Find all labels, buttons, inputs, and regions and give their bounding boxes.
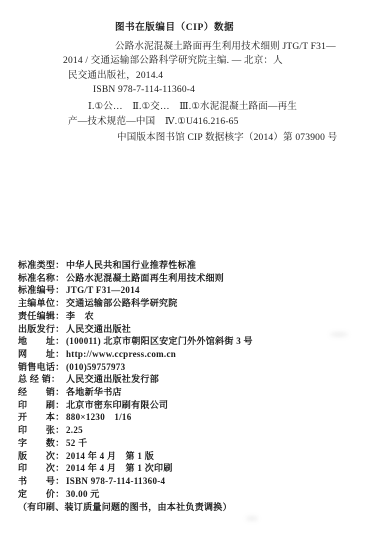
colophon-value: 52 千 bbox=[66, 438, 87, 448]
colophon-row-distributor: 经 销：各地新华书店 bbox=[18, 386, 363, 399]
cip-header: 图书在版编目（CIP）数据 bbox=[115, 21, 321, 36]
cip-title-line-2: 2014 / 交通运输部公路科学研究院主编. — 北京：人 bbox=[63, 54, 321, 69]
colophon-quality-note: （有印刷、装订质量问题的图书，由本社负责调换） bbox=[18, 501, 363, 514]
colophon-value: 人民交通出版社发行部 bbox=[66, 374, 159, 384]
cip-classification-line-1: Ⅰ.①公… Ⅱ.①交… Ⅲ.①水泥混凝土路面—再生 bbox=[88, 100, 321, 115]
colophon-value: 人民交通出版社 bbox=[66, 324, 131, 334]
colophon-row-sales-phone: 销售电话：(010)59757973 bbox=[18, 361, 363, 374]
colophon-row-format: 开 本：880×1230 1/16 bbox=[18, 411, 363, 424]
colophon-label: 版 次： bbox=[18, 450, 66, 463]
scan-smudge bbox=[330, 332, 348, 337]
colophon-value: 交通运输部公路科学研究院 bbox=[66, 298, 178, 308]
colophon-row-printed-sheets: 印 张：2.25 bbox=[18, 424, 363, 437]
colophon-value: 2014 年 4 月 第 1 次印刷 bbox=[66, 463, 173, 473]
colophon-row-website: 网 址：http://www.ccpress.com.cn bbox=[18, 348, 363, 361]
colophon-value: ISBN 978-7-114-11360-4 bbox=[66, 476, 165, 486]
colophon-label: 标准名称： bbox=[18, 272, 66, 285]
colophon-label: 定 价： bbox=[18, 488, 66, 501]
colophon-label: 销售电话： bbox=[18, 361, 66, 374]
colophon-value: JTG/T F31—2014 bbox=[66, 285, 140, 295]
colophon-value: 30.00 元 bbox=[66, 489, 100, 499]
colophon-row-printing: 印 次：2014 年 4 月 第 1 次印刷 bbox=[18, 462, 363, 475]
colophon-value: 2014 年 4 月 第 1 版 bbox=[66, 451, 154, 461]
cip-isbn: ISBN 978-7-114-11360-4 bbox=[93, 83, 321, 98]
colophon-row-chief-editor-unit: 主编单位：交通运输部公路科学研究院 bbox=[18, 297, 363, 310]
colophon-label: 责任编辑： bbox=[18, 310, 66, 323]
colophon-row-general-distributor: 总 经 销：人民交通出版社发行部 bbox=[18, 373, 363, 386]
cip-block: 图书在版编目（CIP）数据 公路水泥混凝土路面再生利用技术细则 JTG/T F3… bbox=[63, 21, 321, 146]
colophon-label: 网 址： bbox=[18, 348, 66, 361]
scan-smudge bbox=[246, 516, 258, 521]
colophon-value: 各地新华书店 bbox=[66, 387, 122, 397]
colophon-row-standard-name: 标准名称：公路水泥混凝土路面再生利用技术细则 bbox=[18, 272, 363, 285]
colophon-row-edition: 版 次：2014 年 4 月 第 1 版 bbox=[18, 450, 363, 463]
colophon-row-price: 定 价：30.00 元 bbox=[18, 488, 363, 501]
colophon-row-printer: 印 刷：北京市密东印刷有限公司 bbox=[18, 399, 363, 412]
colophon-row-word-count: 字 数：52 千 bbox=[18, 437, 363, 450]
colophon-label: 书 号： bbox=[18, 475, 66, 488]
colophon-value: (100011) 北京市朝阳区安定门外外馆斜街 3 号 bbox=[66, 336, 253, 346]
colophon-block: 标准类型：中华人民共和国行业推荐性标准 标准名称：公路水泥混凝土路面再生利用技术… bbox=[18, 259, 363, 514]
colophon-row-standard-number: 标准编号：JTG/T F31—2014 bbox=[18, 284, 363, 297]
colophon-label: 印 张： bbox=[18, 424, 66, 437]
colophon-label: 总 经 销： bbox=[18, 373, 66, 386]
cip-title-line-3: 民交通出版社，2014.4 bbox=[68, 69, 321, 84]
copyright-page: 图书在版编目（CIP）数据 公路水泥混凝土路面再生利用技术细则 JTG/T F3… bbox=[0, 0, 375, 540]
colophon-row-responsible-editor: 责任编辑：李 农 bbox=[18, 310, 363, 323]
colophon-value: 李 农 bbox=[66, 311, 94, 321]
cip-record-number: 中国版本图书馆 CIP 数据核字（2014）第 073900 号 bbox=[117, 131, 321, 146]
colophon-row-address: 地 址：(100011) 北京市朝阳区安定门外外馆斜街 3 号 bbox=[18, 335, 363, 348]
colophon-label: 印 刷： bbox=[18, 399, 66, 412]
colophon-value: 880×1230 1/16 bbox=[66, 412, 132, 422]
colophon-row-publisher: 出版发行：人民交通出版社 bbox=[18, 323, 363, 336]
colophon-value: 2.25 bbox=[66, 425, 83, 435]
colophon-value: 北京市密东印刷有限公司 bbox=[66, 400, 168, 410]
colophon-value: http://www.ccpress.com.cn bbox=[66, 349, 176, 359]
cip-classification-line-2: 产—技术规范—中国 Ⅳ.①U416.216-65 bbox=[68, 115, 321, 130]
colophon-row-standard-type: 标准类型：中华人民共和国行业推荐性标准 bbox=[18, 259, 363, 272]
colophon-label: 标准编号： bbox=[18, 284, 66, 297]
colophon-label: 主编单位： bbox=[18, 297, 66, 310]
colophon-label: 地 址： bbox=[18, 335, 66, 348]
colophon-value: 公路水泥混凝土路面再生利用技术细则 bbox=[66, 273, 224, 283]
colophon-row-book-number: 书 号：ISBN 978-7-114-11360-4 bbox=[18, 475, 363, 488]
colophon-label: 印 次： bbox=[18, 462, 66, 475]
colophon-value: 中华人民共和国行业推荐性标准 bbox=[66, 260, 196, 270]
cip-title-line-1: 公路水泥混凝土路面再生利用技术细则 JTG/T F31— bbox=[115, 40, 321, 55]
colophon-label: 标准类型： bbox=[18, 259, 66, 272]
colophon-label: 开 本： bbox=[18, 411, 66, 424]
colophon-label: 字 数： bbox=[18, 437, 66, 450]
colophon-value: (010)59757973 bbox=[66, 362, 125, 372]
colophon-label: 经 销： bbox=[18, 386, 66, 399]
colophon-label: 出版发行： bbox=[18, 323, 66, 336]
